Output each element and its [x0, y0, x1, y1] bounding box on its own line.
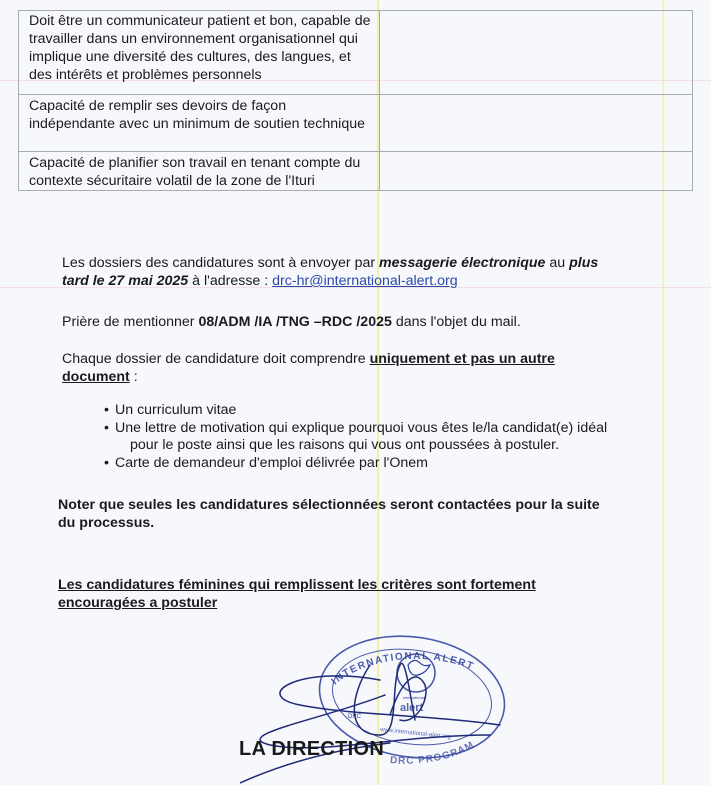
value-cell: [380, 95, 693, 152]
documents-list: Un curriculum vitae Une lettre de motiva…: [104, 402, 624, 472]
item-text: Un curriculum vitae: [115, 402, 236, 418]
value-cell: [380, 11, 693, 95]
criterion-cell: Capacité de remplir ses devoirs de façon…: [19, 95, 380, 152]
contents-paragraph: Chaque dossier de candidature doit compr…: [62, 350, 622, 386]
text: :: [130, 369, 138, 385]
reference-code: 08/ADM /IA /TNG –RDC /2025: [198, 314, 391, 330]
signatory-title: LA DIRECTION: [239, 738, 384, 761]
submission-paragraph: Les dossiers des candidatures sont à env…: [62, 254, 622, 290]
text: dans l'objet du mail.: [392, 314, 521, 330]
stamp-logo-small: international: [403, 695, 425, 700]
table-row: Doit être un communicateur patient et bo…: [19, 11, 693, 95]
value-cell: [380, 152, 693, 191]
text: Prière de mentionner: [62, 314, 198, 330]
text: au: [545, 255, 569, 271]
reference-paragraph: Prière de mentionner 08/ADM /IA /TNG –RD…: [62, 313, 622, 331]
dove-icon: [408, 660, 430, 675]
text: Les dossiers des candidatures sont à env…: [62, 255, 379, 271]
table-row: Capacité de remplir ses devoirs de façon…: [19, 95, 693, 152]
item-text: Carte de demandeur d'emploi délivrée par…: [115, 455, 428, 471]
signature-scribble: [240, 663, 500, 783]
item-text: Une lettre de motivation qui explique po…: [115, 420, 607, 436]
criterion-cell: Capacité de planifier son travail en ten…: [19, 152, 380, 191]
list-item: Carte de demandeur d'emploi délivrée par…: [104, 455, 624, 473]
women-note: Les candidatures féminines qui remplisse…: [58, 576, 558, 612]
requirements-table: Doit être un communicateur patient et bo…: [18, 10, 693, 191]
criterion-cell: Doit être un communicateur patient et bo…: [19, 11, 380, 95]
list-item: Un curriculum vitae: [104, 402, 624, 420]
svg-text:INTERNATIONAL ALERT: INTERNATIONAL ALERT: [330, 651, 476, 687]
text: à l'adresse :: [188, 273, 272, 289]
email-link[interactable]: drc-hr@international-alert.org: [272, 273, 458, 289]
selection-note: Noter que seules les candidatures sélect…: [58, 496, 618, 532]
official-stamp: INTERNATIONAL ALERT DRC PROGRAM alert in…: [240, 625, 520, 785]
stamp-top-text: INTERNATIONAL ALERT: [330, 651, 476, 687]
table-row: Capacité de planifier son travail en ten…: [19, 152, 693, 191]
send-method: messagerie électronique: [379, 255, 545, 271]
item-text-cont: pour le poste ainsi que les raisons qui …: [115, 437, 624, 455]
text: Chaque dossier de candidature doit compr…: [62, 351, 370, 367]
list-item: Une lettre de motivation qui explique po…: [104, 420, 624, 455]
